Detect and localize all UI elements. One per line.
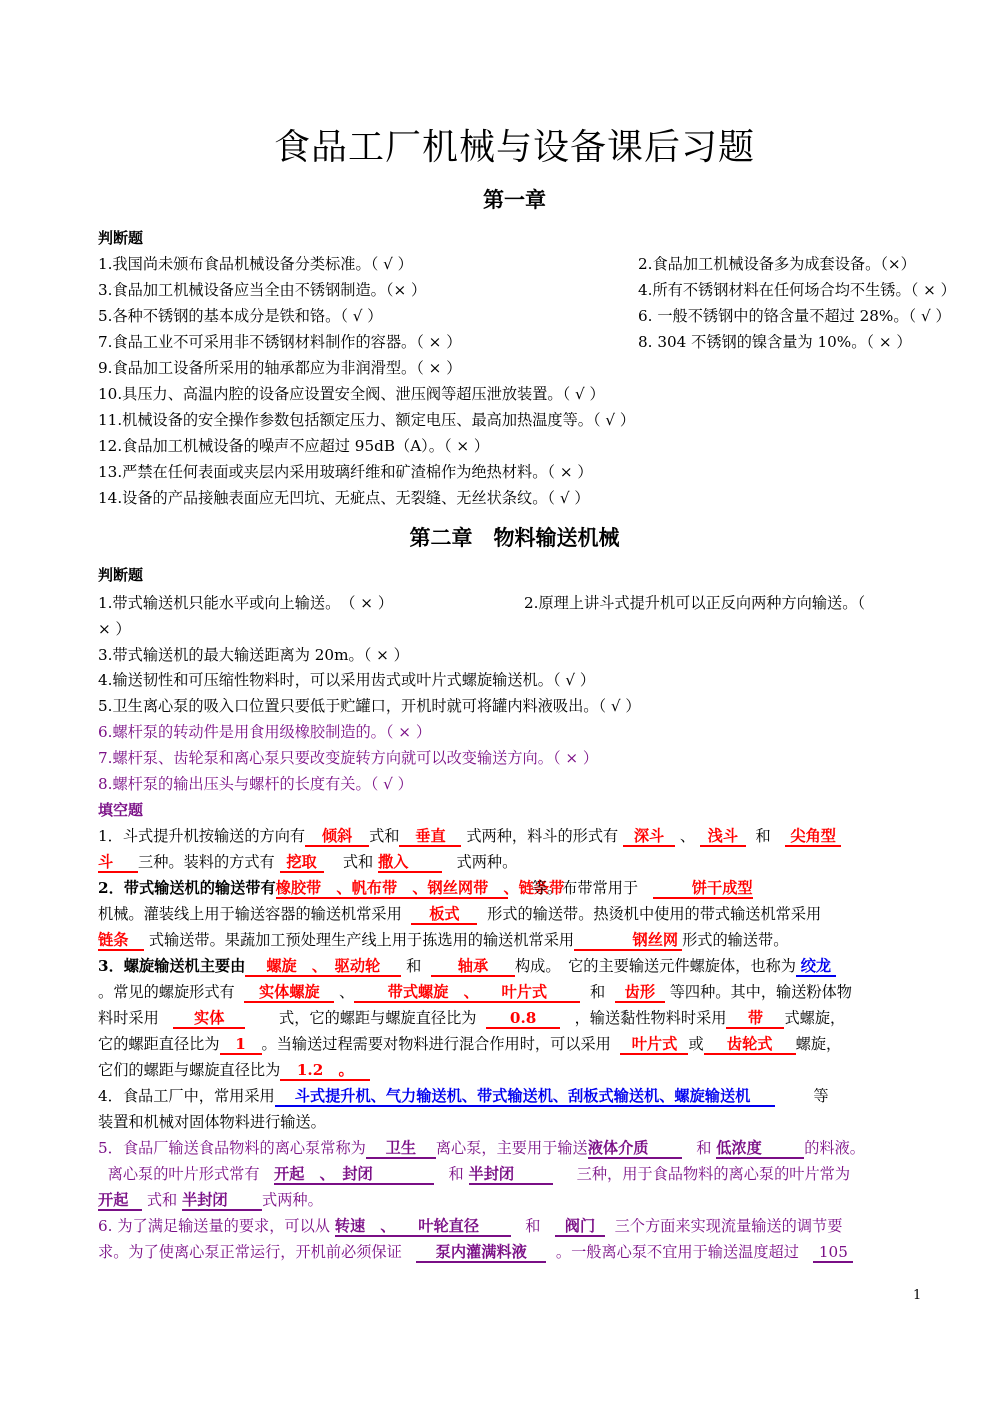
answer-blank: 开起 bbox=[98, 1191, 142, 1211]
judge-item: 3.带式输送机的最大输送距离为 20m。（ × ） bbox=[98, 645, 924, 665]
answer-blank: 泵内灌满料液 bbox=[416, 1243, 546, 1263]
answer-blank: 开起 、 封闭 bbox=[274, 1165, 434, 1185]
text-fragment: 和 bbox=[525, 1217, 540, 1235]
fill-question-3: 3．螺旋输送机主要由螺旋 、 驱动轮 和 轴承构成。 它的主要输送元件螺旋体，也… bbox=[98, 956, 924, 977]
answer-blank: 齿形 bbox=[615, 983, 665, 1003]
text-fragment: 或 bbox=[688, 1035, 703, 1053]
text-fragment: 的料液。 bbox=[804, 1139, 865, 1157]
text-fragment: 它的螺距直径比为 bbox=[98, 1035, 220, 1053]
text-fragment: 和 bbox=[406, 957, 421, 975]
text-fragment: 等四种。其中，输送粉体物 bbox=[670, 983, 852, 1001]
text-fragment: 2．带式输送机的输送带有 bbox=[98, 879, 276, 897]
text-fragment: 料时采用 bbox=[98, 1009, 159, 1027]
fill-question-4: 4．食品工厂中，常用采用斗式提升机、气力输送机、带式输送机、刮板式输送机、螺旋输… bbox=[98, 1086, 924, 1107]
judge-item: 7.螺杆泵、齿轮泵和离心泵只要改变旋转方向就可以改变输送方向。（ × ） bbox=[98, 748, 924, 768]
text-fragment: 三种。装料的方式有 bbox=[138, 853, 275, 871]
judge-item: 9.食品加工设备所采用的轴承都应为非润滑型。（ × ） bbox=[98, 358, 924, 378]
answer-blank: 低浓度 bbox=[716, 1139, 804, 1159]
text-fragment: 式和 bbox=[343, 853, 373, 871]
answer-blank: 1 bbox=[220, 1035, 262, 1055]
text-fragment: 三个方面来实现流量输送的调节要 bbox=[615, 1217, 843, 1235]
judge-item: 13.严禁在任何表面或夹层内采用玻璃纤维和矿渣棉作为绝热材料。（ × ） bbox=[98, 462, 924, 482]
text-fragment: 求。为了使离心泵正常运行，开机前必须保证 bbox=[98, 1243, 402, 1261]
answer-blank: 链条 bbox=[98, 931, 144, 951]
chapter1-judge-label: 判断题 bbox=[98, 228, 143, 248]
answer-blank: 半封闭 bbox=[182, 1191, 262, 1211]
fill-question-2-cont: 机械。灌装线上用于输送容器的输送机常采用 板式 形式的输送带。热烫机中使用的带式… bbox=[98, 904, 924, 925]
fill-question-6-cont: 求。为了使离心泵正常运行，开机前必须保证 泵内灌满料液 。一般离心泵不宜用于输送… bbox=[98, 1242, 924, 1263]
text-fragment: 构成。 它的主要输送元件螺旋体，也称为 bbox=[515, 957, 796, 975]
text-fragment: 它们的螺距与螺旋直径比为 bbox=[98, 1061, 280, 1079]
text-fragment: 式螺旋， bbox=[784, 1009, 845, 1027]
text-fragment: 4．食品工厂中，常用采用 bbox=[98, 1087, 275, 1105]
judge-item: 8.螺杆泵的输出压头与螺杆的长度有关。（ √ ） bbox=[98, 774, 924, 794]
answer-blank: 倾斜 bbox=[305, 827, 369, 847]
text-fragment: 离心泵，主要用于输送 bbox=[436, 1139, 588, 1157]
answer-blank: 转速 、 叶轮直径 bbox=[335, 1217, 511, 1237]
fill-question-2: 2．带式输送机的输送带有橡胶带 、帆布带 、钢丝网带 、链条带 等。布带常用于 … bbox=[98, 878, 924, 899]
text-fragment: 1.带式输送机只能水平或向上输送。 （ × ） bbox=[98, 594, 393, 612]
text-fragment: 7.食品工业不可采用非不锈钢材料制作的容器。（ × ） bbox=[98, 333, 461, 351]
judge-item: 10.具压力、高温内腔的设备应设置安全阀、泄压阀等超压泄放装置。（ √ ） bbox=[98, 384, 924, 404]
chapter2-fill-label: 填空题 bbox=[98, 800, 143, 820]
text-fragment: 和 bbox=[449, 1165, 464, 1183]
chapter1-heading: 第一章 bbox=[18, 185, 993, 215]
text-fragment: 式输送带。果蔬加工预处理生产线上用于拣选用的输送机常采用 bbox=[149, 931, 574, 949]
judge-item: 1.带式输送机只能水平或向上输送。 （ × ）2.原理上讲斗式提升机可以正反向两… bbox=[98, 593, 924, 613]
text-fragment: 、 bbox=[339, 983, 354, 1001]
text-fragment: 2.食品加工机械设备多为成套设备。（×） bbox=[638, 254, 916, 274]
answer-blank: 齿轮式 bbox=[704, 1035, 796, 1055]
fill-question-1: 1．斗式提升机按输送的方向有倾斜式和垂直 式两种，料斗的形式有 深斗 、 浅斗 … bbox=[98, 826, 924, 847]
answer-blank: 带 bbox=[726, 1009, 784, 1029]
fill-question-5-cont: 离心泵的叶片形式常有 开起 、 封闭 和 半封闭 三种，用于食品物料的离心泵的叶… bbox=[98, 1164, 924, 1185]
answer-blank: 105 bbox=[813, 1243, 853, 1263]
answer-blank: 实体螺旋 bbox=[244, 983, 334, 1003]
answer-blank: 垂直 bbox=[399, 827, 461, 847]
judge-item: 3.食品加工机械设备应当全由不锈钢制造。（× ）4.所有不锈钢材料在任何场合均不… bbox=[98, 280, 924, 300]
judge-item: 14.设备的产品接触表面应无凹坑、无疵点、无裂缝、无丝状条纹。（ √ ） bbox=[98, 488, 924, 508]
text-fragment: 8. 304 不锈钢的镍含量为 10%。（ × ） bbox=[638, 332, 912, 352]
text-fragment: 等。布带常用于 bbox=[532, 879, 638, 897]
page-number: 1 bbox=[913, 1288, 921, 1303]
fill-question-3-cont: 它的螺距直径比为1。当输送过程需要对物料进行混合作用时，可以采用 叶片式或齿轮式… bbox=[98, 1034, 924, 1055]
text-fragment: 式两种，料斗的形式有 bbox=[466, 827, 618, 845]
chapter2-heading: 第二章 物料输送机械 bbox=[18, 523, 993, 553]
answer-blank: 半封闭 bbox=[469, 1165, 553, 1185]
text-fragment: 。常见的螺旋形式有 bbox=[98, 983, 235, 1001]
text-fragment: 2.原理上讲斗式提升机可以正反向两种方向输送。（ bbox=[524, 593, 865, 613]
text-fragment: 式，它的螺距与螺旋直径比为 bbox=[279, 1009, 476, 1027]
text-fragment: 、 bbox=[680, 827, 695, 845]
answer-blank: 斗 bbox=[98, 853, 138, 873]
text-fragment: 和 bbox=[756, 827, 771, 845]
answer-blank: 1.2 。 bbox=[280, 1061, 370, 1081]
answer-blank: 挖取 bbox=[280, 853, 324, 873]
fill-question-4-cont: 装置和机械对固体物料进行输送。 bbox=[98, 1112, 924, 1132]
answer-blank: 撒入 bbox=[378, 853, 442, 873]
text-fragment: ，输送黏性物料时采用 bbox=[575, 1009, 727, 1027]
text-fragment: 离心泵的叶片形式常有 bbox=[108, 1165, 260, 1183]
judge-item: × ） bbox=[98, 619, 924, 639]
document-page: 食品工厂机械与设备课后习题 第一章 判断题 1.我国尚未颁布食品机械设备分类标准… bbox=[0, 0, 993, 1404]
answer-blank: 饼干成型 bbox=[653, 879, 753, 899]
text-fragment: 1.我国尚未颁布食品机械设备分类标准。（ √ ） bbox=[98, 255, 413, 273]
text-fragment: 机械。灌装线上用于输送容器的输送机常采用 bbox=[98, 905, 402, 923]
fill-question-1-cont: 斗三种。装料的方式有 挖取 式和 撒入 式两种。 bbox=[98, 852, 924, 873]
fill-question-3-cont: 它们的螺距与螺旋直径比为1.2 。 bbox=[98, 1060, 924, 1081]
answer-blank: 深斗 bbox=[623, 827, 675, 847]
judge-item: 4.输送韧性和可压缩性物料时，可以采用齿式或叶片式螺旋输送机。（ √ ） bbox=[98, 670, 924, 690]
text-fragment: 和 bbox=[590, 983, 605, 1001]
text-fragment: 形式的输送带。 bbox=[682, 931, 788, 949]
text-fragment: 3.食品加工机械设备应当全由不锈钢制造。（× ） bbox=[98, 281, 426, 299]
judge-item: 12.食品加工机械设备的噪声不应超过 95dB（A）。（ × ） bbox=[98, 436, 924, 456]
answer-blank: 尖角型 bbox=[785, 827, 841, 847]
text-fragment: 式两种。 bbox=[457, 853, 518, 871]
judge-item: 5.卫生离心泵的吸入口位置只要低于贮罐口，开机时就可将罐内料液吸出。（ √ ） bbox=[98, 696, 924, 716]
text-fragment: 1．斗式提升机按输送的方向有 bbox=[98, 827, 305, 845]
chapter2-judge-label: 判断题 bbox=[98, 565, 143, 585]
text-fragment: 6. 为了满足输送量的要求，可以从 bbox=[98, 1217, 330, 1235]
document-title: 食品工厂机械与设备课后习题 bbox=[18, 122, 993, 174]
answer-blank: 叶片式 bbox=[620, 1035, 688, 1055]
text-fragment: 螺旋， bbox=[796, 1035, 842, 1053]
text-fragment: 。当输送过程需要对物料进行混合作用时，可以采用 bbox=[262, 1035, 611, 1053]
text-fragment: 4.所有不锈钢材料在任何场合均不生锈。（ × ） bbox=[638, 280, 956, 300]
answer-blank: 实体 bbox=[173, 1009, 245, 1029]
answer-blank: 0.8 bbox=[486, 1009, 560, 1029]
text-fragment: 和 bbox=[696, 1139, 711, 1157]
text-fragment: 式和 bbox=[369, 827, 399, 845]
answer-blank: 液体介质 bbox=[588, 1139, 682, 1159]
text-fragment: 形式的输送带。热烫机中使用的带式输送机常采用 bbox=[487, 905, 821, 923]
text-fragment: 等 bbox=[813, 1087, 828, 1105]
answer-blank: 卫生 bbox=[366, 1139, 436, 1159]
fill-question-6: 6. 为了满足输送量的要求，可以从 转速 、 叶轮直径 和 阀门 三个方面来实现… bbox=[98, 1216, 924, 1237]
judge-item: 5.各种不锈钢的基本成分是铁和铬。（ √ ）6. 一般不锈钢中的铬含量不超过 2… bbox=[98, 306, 924, 326]
answer-blank: 螺旋 、 驱动轮 bbox=[245, 957, 401, 977]
answer-blank: 斗式提升机、气力输送机、带式输送机、刮板式输送机、螺旋输送机 bbox=[275, 1087, 775, 1107]
judge-item: 11.机械设备的安全操作参数包括额定压力、额定电压、最高加热温度等。（ √ ） bbox=[98, 410, 924, 430]
text-fragment: 。一般离心泵不宜用于输送温度超过 bbox=[556, 1243, 799, 1261]
answer-blank: 绞龙 bbox=[796, 957, 836, 977]
answer-blank: 轴承 bbox=[431, 957, 515, 977]
judge-item: 7.食品工业不可采用非不锈钢材料制作的容器。（ × ）8. 304 不锈钢的镍含… bbox=[98, 332, 924, 352]
answer-blank: 浅斗 bbox=[700, 827, 746, 847]
fill-question-5: 5．食品厂输送食品物料的离心泵常称为卫生离心泵，主要用于输送液体介质 和 低浓度… bbox=[98, 1138, 924, 1159]
text-fragment: 3．螺旋输送机主要由 bbox=[98, 957, 245, 975]
fill-question-5-cont: 开起 式和 半封闭式两种。 bbox=[98, 1190, 924, 1211]
text-fragment: 式和 bbox=[147, 1191, 177, 1209]
answer-blank: 阀门 bbox=[555, 1217, 605, 1237]
text-fragment: 5.各种不锈钢的基本成分是铁和铬。（ √ ） bbox=[98, 307, 382, 325]
text-fragment: 式两种。 bbox=[262, 1191, 323, 1209]
answer-blank: 钢丝网 bbox=[574, 931, 682, 951]
fill-question-3-cont: 料时采用 实体 式，它的螺距与螺旋直径比为 0.8 ，输送黏性物料时采用带式螺旋… bbox=[98, 1008, 924, 1029]
answer-blank: 橡胶带 、帆布带 、钢丝网带 、链条带 bbox=[276, 879, 508, 899]
fill-question-2-cont: 链条 式输送带。果蔬加工预处理生产线上用于拣选用的输送机常采用钢丝网形式的输送带… bbox=[98, 930, 924, 951]
fill-question-3-cont: 。常见的螺旋形式有 实体螺旋 、带式螺旋 、 叶片式 和 齿形 等四种。其中，输… bbox=[98, 982, 924, 1003]
judge-item: 1.我国尚未颁布食品机械设备分类标准。（ √ ）2.食品加工机械设备多为成套设备… bbox=[98, 254, 924, 274]
answer-blank: 带式螺旋 、 叶片式 bbox=[354, 983, 580, 1003]
answer-blank: 板式 bbox=[411, 905, 477, 925]
judge-item: 6.螺杆泵的转动件是用食用级橡胶制造的。（ × ） bbox=[98, 722, 924, 742]
text-fragment: 6. 一般不锈钢中的铬含量不超过 28%。（ √ ） bbox=[638, 306, 951, 326]
text-fragment: 三种，用于食品物料的离心泵的叶片常为 bbox=[577, 1165, 850, 1183]
text-fragment: 5．食品厂输送食品物料的离心泵常称为 bbox=[98, 1139, 366, 1157]
